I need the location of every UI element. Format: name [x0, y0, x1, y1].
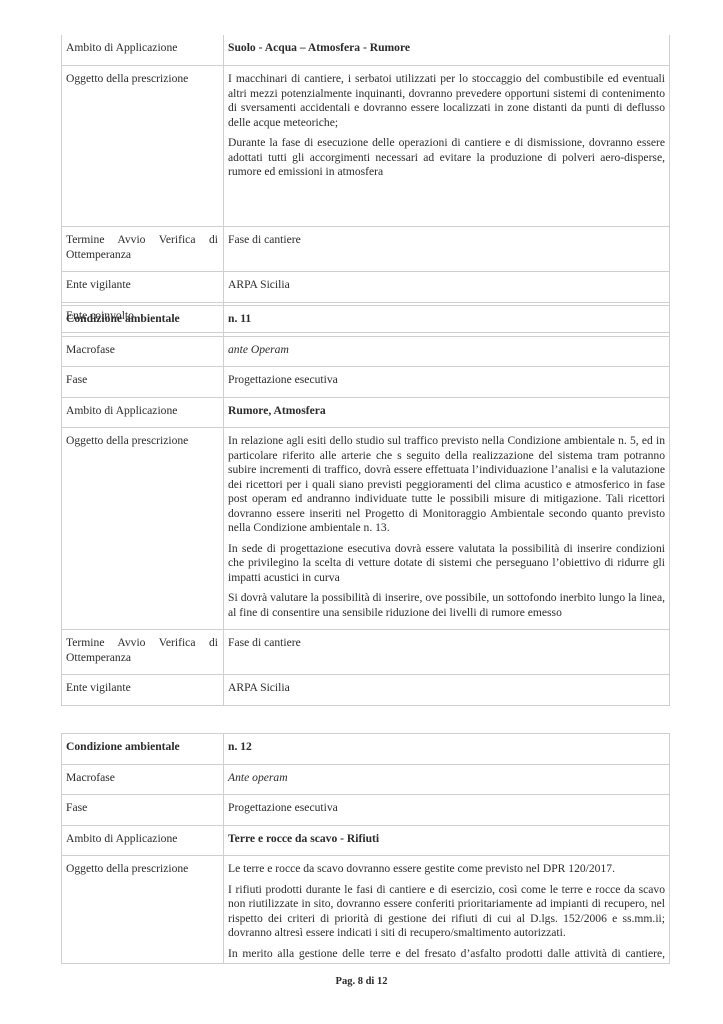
- row-ambito: Ambito di Applicazione Suolo - Acqua – A…: [62, 35, 670, 66]
- oggetto-paragraph: I rifiuti prodotti durante le fasi di ca…: [228, 883, 665, 941]
- row-oggetto: Oggetto della prescrizione I macchinari …: [62, 66, 670, 227]
- condition-table-12: Condizione ambientale n. 12 Macrofase An…: [61, 733, 670, 964]
- oggetto-paragraph: Durante la fase di esecuzione delle oper…: [228, 136, 665, 180]
- condition-table-11: Condizione ambientale n. 11 Macrofase an…: [61, 305, 670, 706]
- row-fase: Fase Progettazione esecutiva: [62, 367, 670, 398]
- row-termine: Termine Avvio Verifica di Ottemperanza F…: [62, 630, 670, 675]
- value-fase: Progettazione esecutiva: [224, 367, 670, 398]
- label-ambito: Ambito di Applicazione: [62, 397, 224, 428]
- row-oggetto: Oggetto della prescrizione In relazione …: [62, 428, 670, 630]
- oggetto-paragraph: Si dovrà valutare la possibilità di inse…: [228, 591, 665, 620]
- value-ambito: Rumore, Atmosfera: [224, 397, 670, 428]
- label-termine: Termine Avvio Verifica di Ottemperanza: [62, 630, 224, 675]
- row-ambito: Ambito di Applicazione Terre e rocce da …: [62, 825, 670, 856]
- row-ente-vigilante: Ente vigilante ARPA Sicilia: [62, 675, 670, 706]
- value-oggetto: Le terre e rocce da scavo dovranno esser…: [224, 856, 670, 964]
- oggetto-paragraph: In merito alla gestione delle terre e de…: [228, 947, 665, 962]
- value-ambito: Suolo - Acqua – Atmosfera - Rumore: [224, 35, 670, 66]
- value-termine: Fase di cantiere: [224, 630, 670, 675]
- label-oggetto: Oggetto della prescrizione: [62, 66, 224, 227]
- oggetto-paragraph: In sede di progettazione esecutiva dovrà…: [228, 542, 665, 586]
- label-fase: Fase: [62, 795, 224, 826]
- row-condizione: Condizione ambientale n. 11: [62, 306, 670, 337]
- value-ente-vigilante: ARPA Sicilia: [224, 675, 670, 706]
- row-oggetto: Oggetto della prescrizione Le terre e ro…: [62, 856, 670, 964]
- label-condizione: Condizione ambientale: [62, 306, 224, 337]
- row-termine: Termine Avvio Verifica di Ottemperanza F…: [62, 227, 670, 272]
- row-ente-vigilante: Ente vigilante ARPA Sicilia: [62, 272, 670, 303]
- value-oggetto: In relazione agli esiti dello studio sul…: [224, 428, 670, 630]
- row-macrofase: Macrofase Ante operam: [62, 764, 670, 795]
- value-macrofase: Ante operam: [224, 764, 670, 795]
- value-oggetto: I macchinari di cantiere, i serbatoi uti…: [224, 66, 670, 227]
- row-fase: Fase Progettazione esecutiva: [62, 795, 670, 826]
- value-fase: Progettazione esecutiva: [224, 795, 670, 826]
- page-number: Pag. 8 di 12: [0, 976, 723, 987]
- value-macrofase: ante Operam: [224, 336, 670, 367]
- oggetto-paragraph: Le terre e rocce da scavo dovranno esser…: [228, 862, 665, 877]
- label-oggetto: Oggetto della prescrizione: [62, 856, 224, 964]
- row-macrofase: Macrofase ante Operam: [62, 336, 670, 367]
- label-ente-vigilante: Ente vigilante: [62, 675, 224, 706]
- value-ente-vigilante: ARPA Sicilia: [224, 272, 670, 303]
- label-ambito: Ambito di Applicazione: [62, 35, 224, 66]
- value-termine: Fase di cantiere: [224, 227, 670, 272]
- label-ente-vigilante: Ente vigilante: [62, 272, 224, 303]
- condition-table-continued: Ambito di Applicazione Suolo - Acqua – A…: [61, 35, 670, 333]
- label-ambito: Ambito di Applicazione: [62, 825, 224, 856]
- value-condizione: n. 12: [224, 734, 670, 765]
- label-oggetto: Oggetto della prescrizione: [62, 428, 224, 630]
- value-condizione: n. 11: [224, 306, 670, 337]
- label-termine: Termine Avvio Verifica di Ottemperanza: [62, 227, 224, 272]
- label-macrofase: Macrofase: [62, 764, 224, 795]
- row-ambito: Ambito di Applicazione Rumore, Atmosfera: [62, 397, 670, 428]
- value-ambito: Terre e rocce da scavo - Rifiuti: [224, 825, 670, 856]
- oggetto-paragraph: In relazione agli esiti dello studio sul…: [228, 434, 665, 536]
- label-condizione: Condizione ambientale: [62, 734, 224, 765]
- label-fase: Fase: [62, 367, 224, 398]
- oggetto-paragraph: I macchinari di cantiere, i serbatoi uti…: [228, 72, 665, 130]
- label-macrofase: Macrofase: [62, 336, 224, 367]
- row-condizione: Condizione ambientale n. 12: [62, 734, 670, 765]
